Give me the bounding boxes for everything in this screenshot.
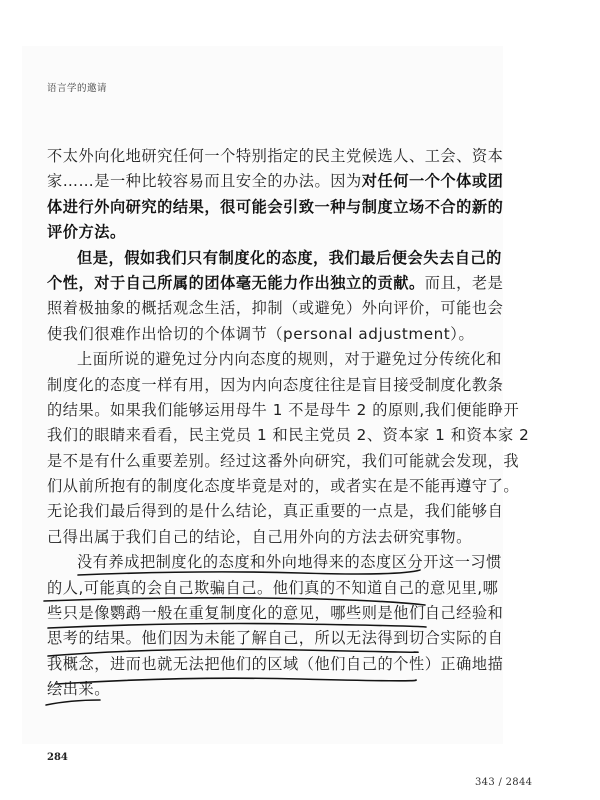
text-line-4: 评价方法。 xyxy=(47,220,457,245)
text-line-13: 是不是有什么重要差别。经过这番外向研究，我们可能就会发现，我 xyxy=(47,449,457,474)
page-counter: 343 / 2844 xyxy=(475,777,532,788)
text-line-22: 绘出来。 xyxy=(47,677,457,702)
text-line-2-bold: 对任何一个个体或团 xyxy=(362,172,504,190)
page-number: 284 xyxy=(47,752,68,763)
text-line-3: 体进行外向研究的结果，很可能会引致一种与制度立场不合的新的 xyxy=(47,195,457,220)
text-line-14: 们从前所抱有的制度化态度毕竟是对的，或者实在是不能再遵守了。 xyxy=(47,474,457,499)
text-line-6-bold: 个性，对于自己所属的团体毫无能力作出独立的贡献。 xyxy=(47,274,425,292)
text-line-12: 我们的眼睛来看看，民主党员 1 和民主党员 2、资本家 1 和资本家 2 xyxy=(47,423,457,448)
text-line-20: 思考的结果。他们因为未能了解自己，所以无法得到切合实际的自 xyxy=(47,626,457,651)
text-line-7: 照着极抽象的概括观念生活，抑制（或避免）外向评价，可能也会 xyxy=(47,296,457,321)
text-line-8: 使我们很难作出恰切的个体调节（personal adjustment）。 xyxy=(47,322,457,347)
text-line-1: 不太外向化地研究任何一个特别指定的民主党候选人、工会、资本 xyxy=(47,144,457,169)
text-line-6-plain: 而且，老是 xyxy=(425,274,504,292)
text-line-2: 家……是一种比较容易而且安全的办法。因为对任何一个个体或团 xyxy=(47,169,457,194)
text-line-6: 个性，对于自己所属的团体毫无能力作出独立的贡献。而且，老是 xyxy=(47,271,457,296)
body-text: 不太外向化地研究任何一个特别指定的民主党候选人、工会、资本 家……是一种比较容易… xyxy=(47,144,457,703)
text-line-15: 无论我们最后得到的是什么结论，真正重要的一点是，我们能够自 xyxy=(47,499,457,524)
text-line-5: 但是，假如我们只有制度化的态度，我们最后便会失去自己的 xyxy=(47,246,457,271)
text-line-9: 上面所说的避免过分内向态度的规则，对于避免过分传统化和 xyxy=(47,347,457,372)
text-line-11: 的结果。如果我们能够运用母牛 1 不是母牛 2 的原则,我们便能睁开 xyxy=(47,398,457,423)
text-line-2-plain: 家……是一种比较容易而且安全的办法。因为 xyxy=(47,172,362,190)
text-line-16: 己得出属于我们自己的结论，自己用外向的方法去研究事物。 xyxy=(47,525,457,550)
text-line-18: 的人,可能真的会自己欺骗自己。他们真的不知道自己的意见里,哪 xyxy=(47,576,457,601)
running-head: 语言学的邀请 xyxy=(47,80,107,94)
text-line-17: 没有养成把制度化的态度和外向地得来的态度区分开这一习惯 xyxy=(47,550,457,575)
text-line-19: 些只是像鹦鹉一般在重复制度化的意见，哪些则是他们自己经验和 xyxy=(47,601,457,626)
text-line-10: 制度化的态度一样有用，因为内向态度往往是盲目接受制度化教条 xyxy=(47,373,457,398)
text-line-21: 我概念，进而也就无法把他们的区域（他们自己的个性）正确地描 xyxy=(47,652,457,677)
